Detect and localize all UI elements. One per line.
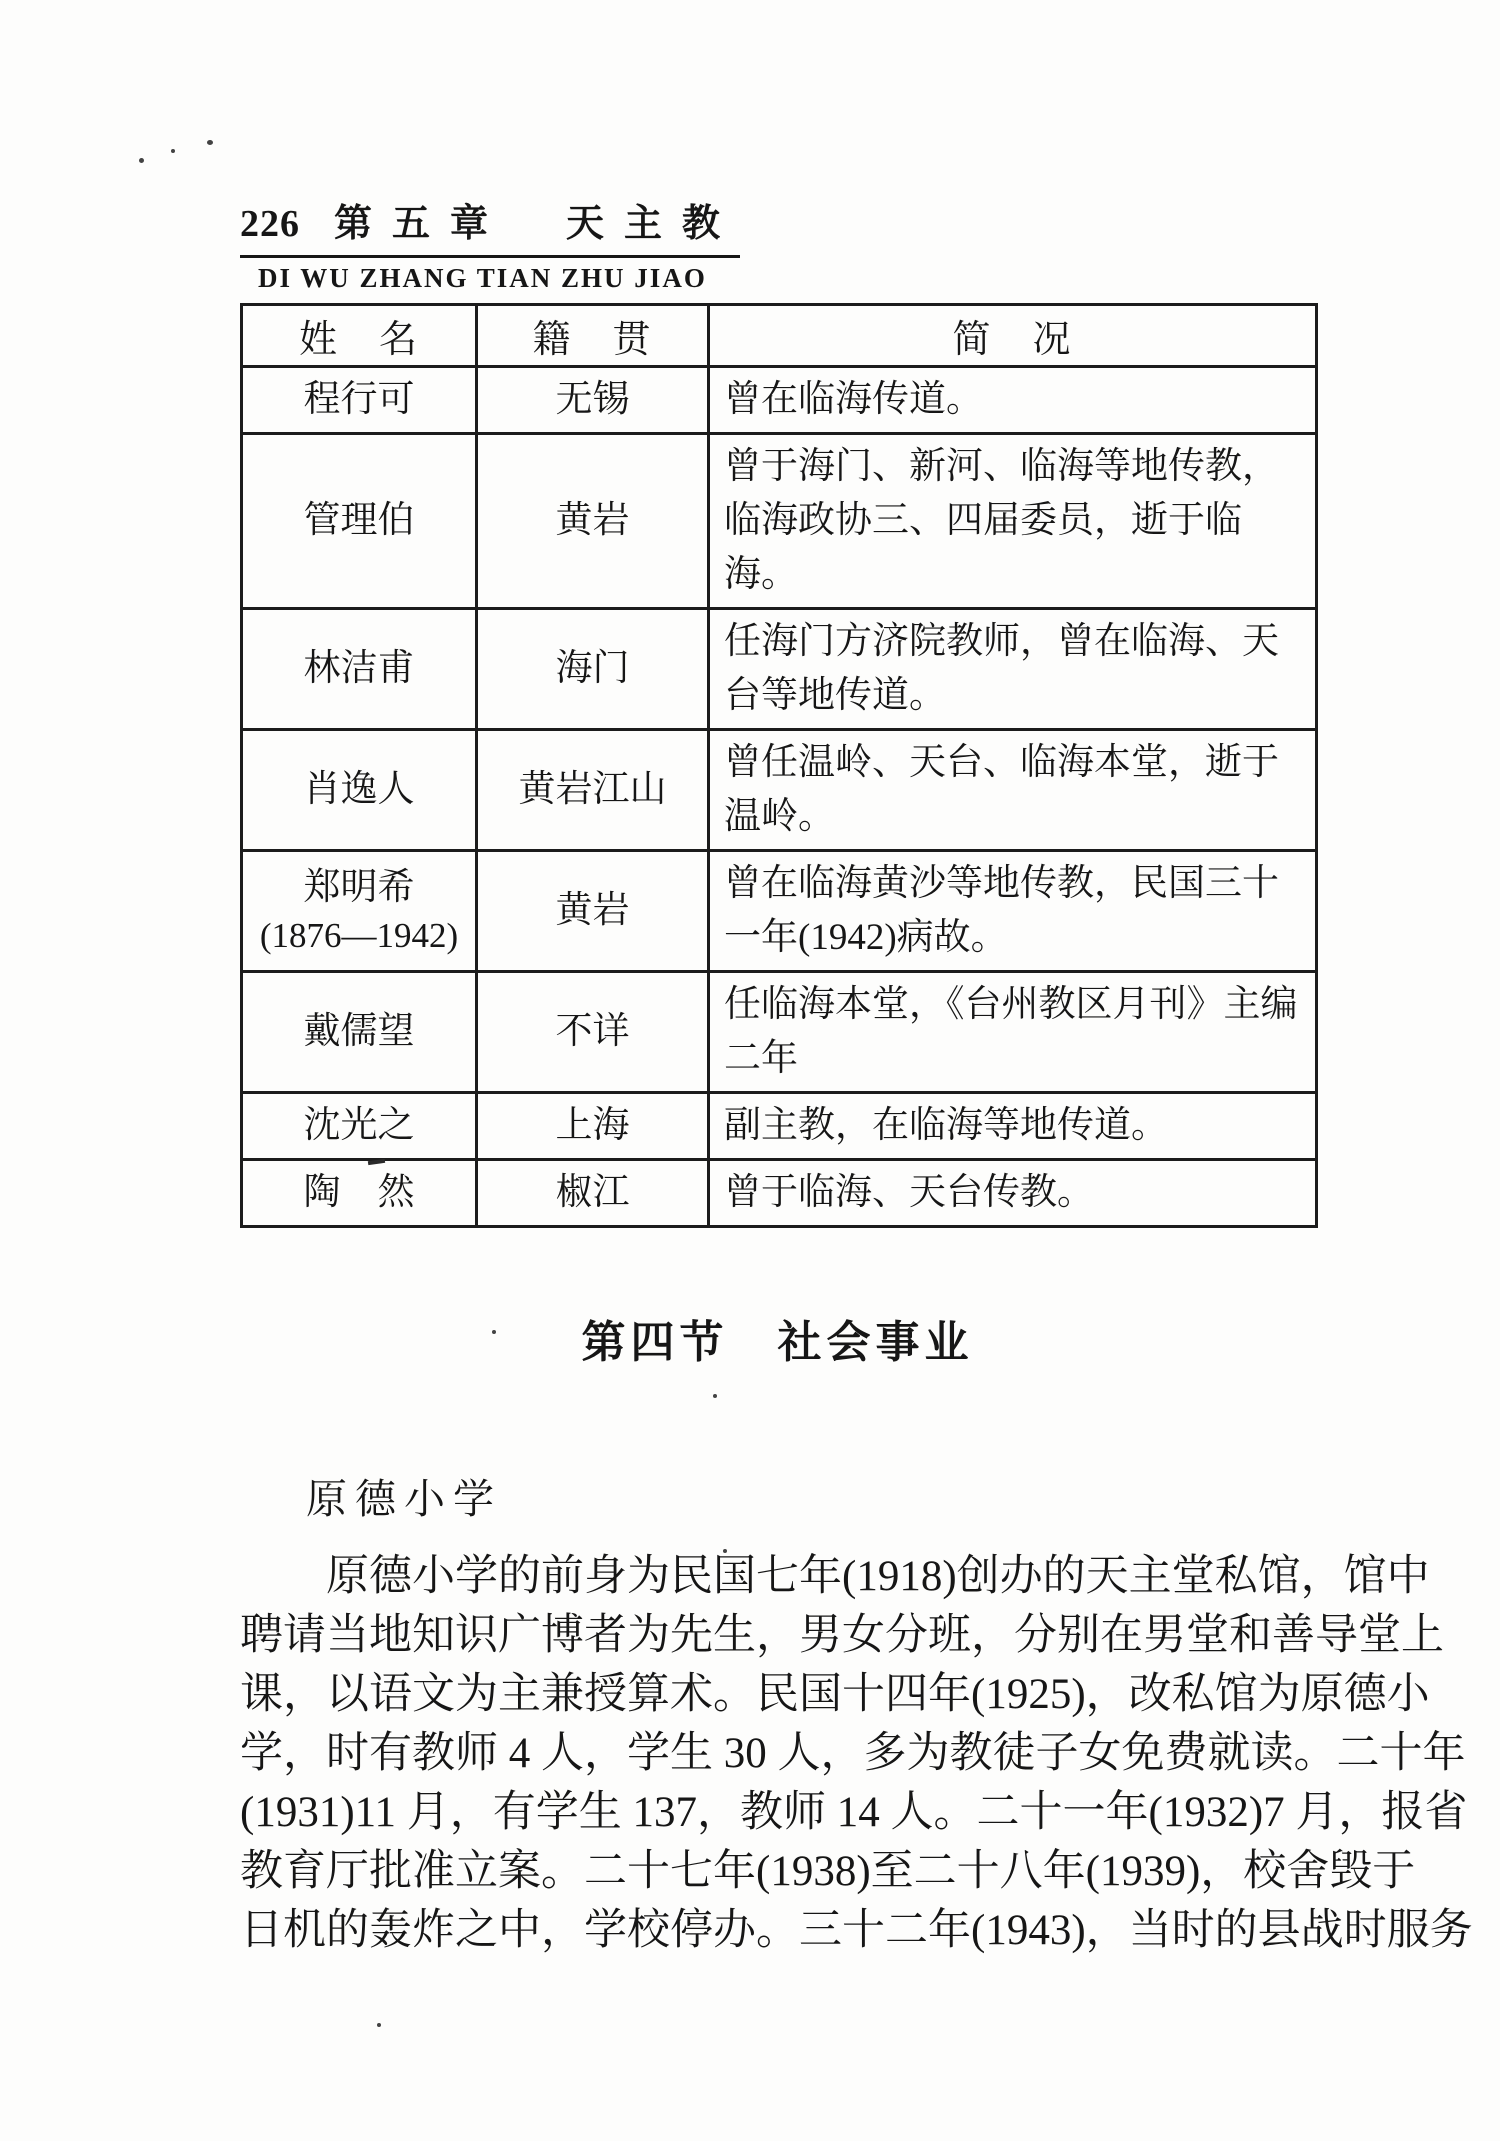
paragraph-line: 日机的轰炸之中，学校停办。三十二年(1943)，当时的县战时服务 bbox=[240, 1901, 1318, 1960]
person-name: 管理伯 bbox=[247, 496, 471, 546]
person-name-cell: 管理伯 bbox=[242, 434, 477, 609]
page-number: 226 bbox=[240, 203, 300, 245]
table-row: 陶 然 椒江 曾于临海、天台传教。 bbox=[242, 1160, 1317, 1227]
person-brief: 曾在临海传道。 bbox=[709, 367, 1317, 434]
priest-table: 姓 名籍 贯简 况 程行可 无锡 曾在临海传道。 管理伯 黄岩 曾于海门、新河、… bbox=[240, 303, 1315, 1228]
person-origin: 椒江 bbox=[477, 1160, 709, 1227]
table-header-row: 姓 名籍 贯简 况 bbox=[242, 305, 1317, 367]
person-name: 戴儒望 bbox=[247, 1007, 471, 1057]
table-row: 管理伯 黄岩 曾于海门、新河、临海等地传教，临海政协三、四届委员，逝于临海。 bbox=[242, 434, 1317, 609]
table-row: 程行可 无锡 曾在临海传道。 bbox=[242, 367, 1317, 434]
person-brief: 曾于临海、天台传教。 bbox=[709, 1160, 1317, 1227]
person-name: 林洁甫 bbox=[247, 644, 471, 694]
scanned-book-page: 226第五章 天主教 DI WU ZHANG TIAN ZHU JIAO 姓 名… bbox=[0, 0, 1500, 2141]
section-heading: 第四节 社会事业 bbox=[240, 1306, 1315, 1370]
scan-artifact bbox=[713, 1394, 717, 1398]
person-name-cell: 程行可 bbox=[242, 367, 477, 434]
person-origin: 海门 bbox=[477, 609, 709, 730]
person-name-cell: 沈光之 bbox=[242, 1093, 477, 1160]
person-origin: 黄岩 bbox=[477, 434, 709, 609]
paragraph-line: 学，时有教师 4 人，学生 30 人，多为教徒子女免费就读。二十年 bbox=[240, 1724, 1318, 1783]
person-name-cell: 肖逸人 bbox=[242, 730, 477, 851]
person-brief: 副主教，在临海等地传道。 bbox=[709, 1093, 1317, 1160]
table-column-header: 籍 贯 bbox=[477, 305, 709, 367]
person-brief: 任海门方济院教师，曾在临海、天台等地传道。 bbox=[709, 609, 1317, 730]
paragraph-line: 课，以语文为主兼授算术。民国十四年(1925)，改私馆为原德小 bbox=[240, 1665, 1318, 1724]
person-origin: 黄岩 bbox=[477, 851, 709, 972]
table-row: 肖逸人 黄岩江山 曾任温岭、天台、临海本堂，逝于温岭。 bbox=[242, 730, 1317, 851]
scan-artifact bbox=[723, 1549, 727, 1553]
chapter-title: 第五章 天主教 bbox=[334, 203, 740, 245]
person-name: 郑明希 bbox=[247, 863, 471, 913]
paragraph-line: 教育厅批准立案。二十七年(1938)至二十八年(1939)，校舍毁于 bbox=[240, 1842, 1318, 1901]
person-name-cell: 郑明希 (1876—1942) bbox=[242, 851, 477, 972]
person-brief: 任临海本堂，《台州教区月刊》主编二年 bbox=[709, 972, 1317, 1093]
person-name-cell: 陶 然 bbox=[242, 1160, 477, 1227]
person-name-cell: 戴儒望 bbox=[242, 972, 477, 1093]
person-name: 程行可 bbox=[247, 375, 471, 425]
scan-artifact bbox=[139, 158, 144, 163]
person-name: 陶 然 bbox=[247, 1168, 471, 1218]
scan-artifact bbox=[207, 140, 213, 145]
person-dates: (1876—1942) bbox=[247, 913, 471, 959]
person-brief: 曾于海门、新河、临海等地传教，临海政协三、四届委员，逝于临海。 bbox=[709, 434, 1317, 609]
scan-artifact bbox=[492, 1330, 496, 1334]
table-column-header: 姓 名 bbox=[242, 305, 477, 367]
chapter-pinyin: DI WU ZHANG TIAN ZHU JIAO bbox=[258, 263, 740, 294]
paragraph-line: 原德小学的前身为民国七年(1918)创办的天主堂私馆，馆中 bbox=[240, 1547, 1318, 1606]
table-row: 林洁甫 海门 任海门方济院教师，曾在临海、天台等地传道。 bbox=[242, 609, 1317, 730]
scan-artifact bbox=[171, 149, 175, 153]
person-name-cell: 林洁甫 bbox=[242, 609, 477, 730]
table-row: 戴儒望 不详 任临海本堂，《台州教区月刊》主编二年 bbox=[242, 972, 1317, 1093]
person-origin: 无锡 bbox=[477, 367, 709, 434]
person-brief: 曾在临海黄沙等地传教，民国三十一年(1942)病故。 bbox=[709, 851, 1317, 972]
running-head: 226第五章 天主教 DI WU ZHANG TIAN ZHU JIAO bbox=[240, 192, 740, 294]
person-name: 沈光之 bbox=[247, 1101, 471, 1151]
table-column-header: 简 况 bbox=[709, 305, 1317, 367]
body-paragraph: 原德小学的前身为民国七年(1918)创办的天主堂私馆，馆中聘请当地知识广博者为先… bbox=[240, 1547, 1318, 1960]
person-name: 肖逸人 bbox=[247, 765, 471, 815]
table-row: 沈光之 上海 副主教，在临海等地传道。 bbox=[242, 1093, 1317, 1160]
subsection-heading: 原德小学 bbox=[306, 1466, 502, 1525]
chapter-header: 226第五章 天主教 bbox=[240, 192, 740, 258]
paragraph-line: 聘请当地知识广博者为先生，男女分班，分别在男堂和善导堂上 bbox=[240, 1606, 1318, 1665]
person-brief: 曾任温岭、天台、临海本堂，逝于温岭。 bbox=[709, 730, 1317, 851]
table-row: 郑明希 (1876—1942) 黄岩 曾在临海黄沙等地传教，民国三十一年(194… bbox=[242, 851, 1317, 972]
person-origin: 黄岩江山 bbox=[477, 730, 709, 851]
scan-artifact bbox=[377, 2023, 381, 2027]
person-origin: 不详 bbox=[477, 972, 709, 1093]
paragraph-line: (1931)11 月，有学生 137，教师 14 人。二十一年(1932)7 月… bbox=[240, 1783, 1318, 1842]
person-origin: 上海 bbox=[477, 1093, 709, 1160]
